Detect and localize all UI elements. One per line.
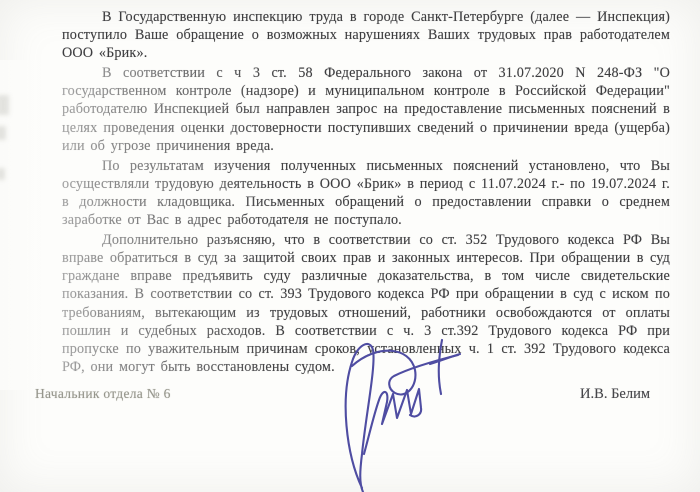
scan-artifact — [0, 126, 6, 140]
paragraph-intro: В Государственную инспекцию труда в горо… — [62, 8, 670, 62]
signer-name: И.В. Белим — [580, 386, 668, 403]
paragraph-legal-basis: В соответствии с ч 3 ст. 58 Федерального… — [62, 64, 670, 154]
signature-block: Начальник отдела № 6 И.В. Белим — [35, 386, 668, 403]
scanned-document-page: В Государственную инспекцию труда в горо… — [0, 0, 700, 492]
scan-artifact — [0, 95, 9, 115]
paragraph-explanations: Дополнительно разъясняю, что в соответст… — [62, 231, 670, 376]
signer-position-title: Начальник отдела № 6 — [35, 386, 171, 402]
scan-artifact — [0, 168, 5, 180]
paragraph-findings: По результатам изучения полученных письм… — [62, 157, 670, 229]
letter-body: В Государственную инспекцию труда в горо… — [62, 8, 670, 378]
